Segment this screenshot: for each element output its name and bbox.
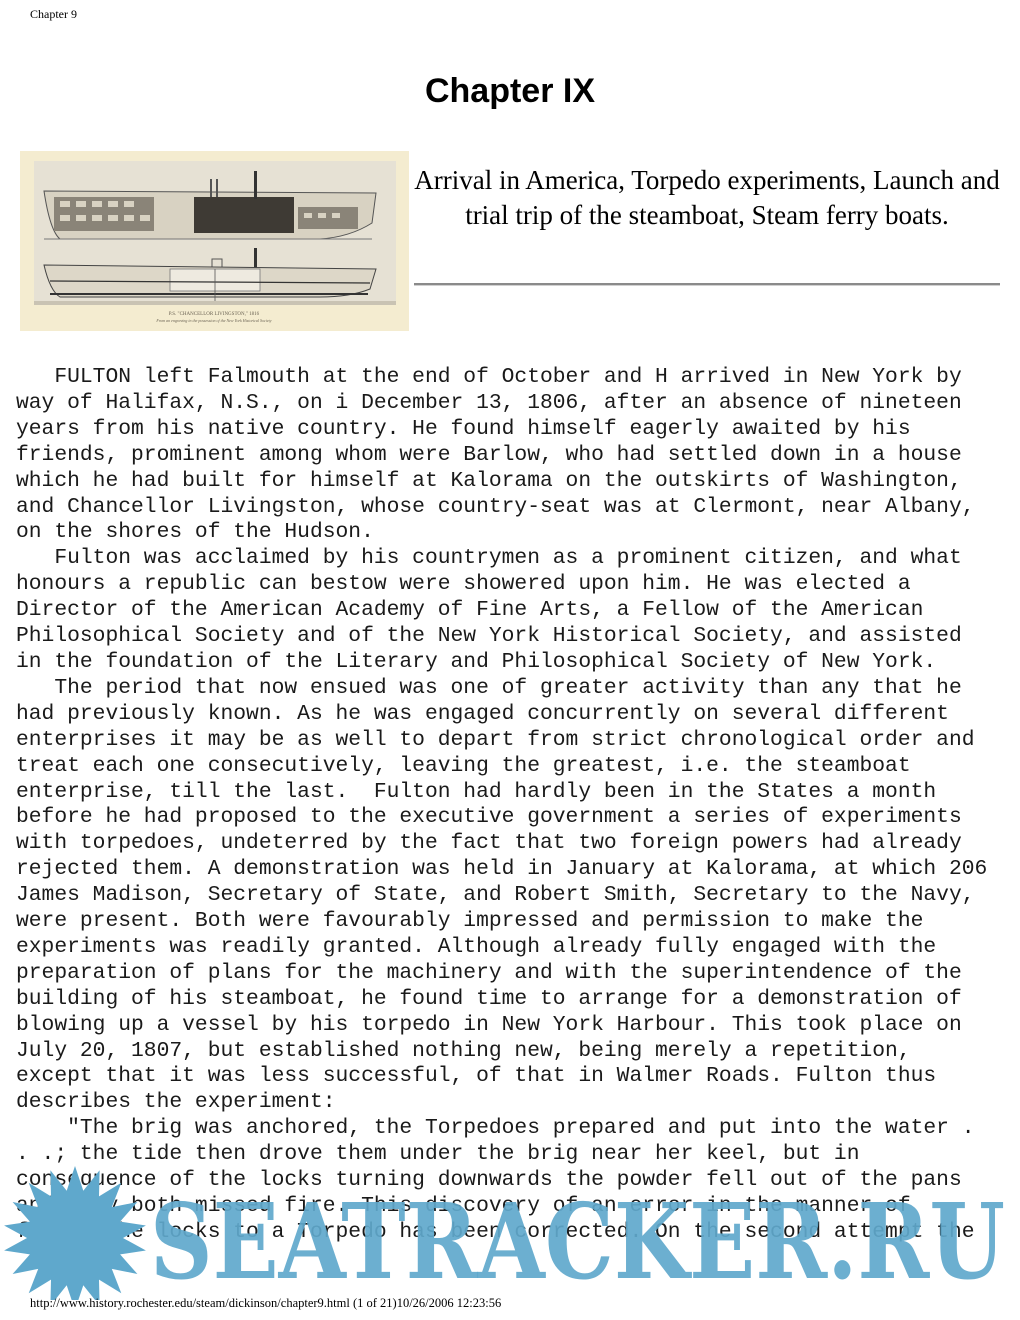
source-url-footer[interactable]: http://www.history.rochester.edu/steam/d…: [30, 1296, 501, 1311]
figure-caption: P.S. "CHANCELLOR LIVINGSTON," 1816: [169, 312, 260, 317]
chapter-body-text: FULTON left Falmouth at the end of Octob…: [16, 365, 1016, 1246]
chapter-subtitle: Arrival in America, Torpedo experiments,…: [414, 163, 1000, 233]
subtitle-divider: [414, 283, 1000, 286]
figure-credit: From an engraving in the possession of t…: [155, 318, 271, 323]
chapter-title: Chapter IX: [0, 72, 1020, 111]
steamboat-engraving-image: P.S. "CHANCELLOR LIVINGSTON," 1816 From …: [20, 151, 409, 331]
steamboat-illustration: P.S. "CHANCELLOR LIVINGSTON," 1816 From …: [20, 151, 409, 331]
running-header: Chapter 9: [30, 7, 77, 22]
